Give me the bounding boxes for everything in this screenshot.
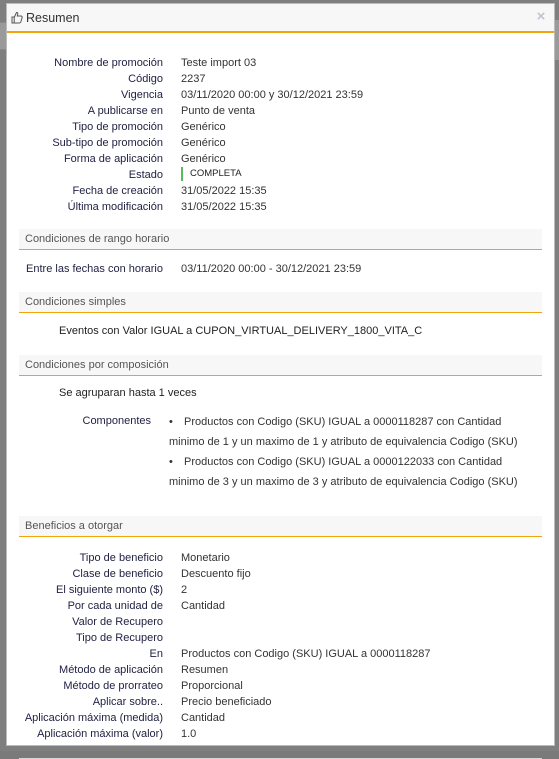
benefit-label: Tipo de beneficio: [19, 550, 181, 566]
summary-label: Forma de aplicación: [19, 151, 181, 167]
time-range-label: Entre las fechas con horario: [19, 263, 181, 292]
benefit-row: Tipo de Recupero: [19, 630, 542, 646]
status-indicator-bar: [181, 167, 183, 181]
benefit-value: 2: [181, 582, 187, 598]
summary-row: Forma de aplicaciónGenérico: [19, 151, 542, 167]
summary-value: 31/05/2022 15:35: [181, 183, 267, 199]
time-range-row: Entre las fechas con horario 03/11/2020 …: [19, 250, 542, 292]
component-item: •Productos con Codigo (SKU) IGUAL a 0000…: [169, 412, 529, 452]
summary-list: Nombre de promociónTeste import 03Código…: [19, 33, 542, 215]
summary-value: Genérico: [181, 119, 226, 135]
benefit-row: Tipo de beneficioMonetario: [19, 550, 542, 566]
benefit-label: Aplicar sobre..: [19, 694, 181, 710]
component-text: Productos con Codigo (SKU) IGUAL a 00001…: [169, 456, 518, 488]
summary-value: 31/05/2022 15:35: [181, 199, 267, 215]
summary-row: Sub-tipo de promociónGenérico: [19, 135, 542, 151]
benefit-value: Cantidad: [181, 598, 225, 614]
summary-label: Vigencia: [19, 87, 181, 103]
benefit-label: Aplicación máxima (medida): [19, 710, 181, 726]
summary-row: Tipo de promociónGenérico: [19, 119, 542, 135]
summary-value: 2237: [181, 71, 205, 87]
section-header-composition: Condiciones por composición: [19, 355, 542, 376]
time-range-value: 03/11/2020 00:00 - 30/12/2021 23:59: [181, 263, 361, 292]
summary-row: Última modificación31/05/2022 15:35: [19, 199, 542, 215]
bullet-icon: •: [169, 412, 184, 432]
benefit-row: Método de aplicaciónResumen: [19, 662, 542, 678]
status-badge: COMPLETA: [181, 167, 242, 183]
summary-label: Código: [19, 71, 181, 87]
summary-row: Vigencia03/11/2020 00:00 y 30/12/2021 23…: [19, 87, 542, 103]
modal-body: Nombre de promociónTeste import 03Código…: [7, 33, 554, 751]
component-item: •Productos con Codigo (SKU) IGUAL a 0000…: [169, 452, 529, 492]
summary-value: 03/11/2020 00:00 y 30/12/2021 23:59: [181, 87, 363, 103]
benefit-row: Método de prorrateoProporcional: [19, 678, 542, 694]
summary-row: Nombre de promociónTeste import 03: [19, 55, 542, 71]
benefit-value: Cantidad: [181, 710, 225, 726]
summary-row: Código2237: [19, 71, 542, 87]
benefit-value: Resumen: [181, 662, 228, 678]
benefit-row: Aplicación máxima (valor)1.0: [19, 726, 542, 742]
benefit-label: Valor de Recupero: [19, 614, 181, 630]
summary-label: Última modificación: [19, 199, 181, 215]
background-page-fragment-right: [555, 20, 559, 60]
benefit-value: 1.0: [181, 726, 196, 742]
benefit-row: Clase de beneficioDescuento fijo: [19, 566, 542, 582]
summary-modal: Resumen × Nombre de promociónTeste impor…: [6, 3, 555, 746]
benefit-value: Precio beneficiado: [181, 694, 272, 710]
benefit-row: Aplicar sobre..Precio beneficiado: [19, 694, 542, 710]
summary-value: Genérico: [181, 135, 226, 151]
summary-row: EstadoCOMPLETA: [19, 167, 542, 183]
group-text: Se agruparan hasta 1 veces: [19, 376, 542, 412]
benefit-row: El siguiente monto ($)2: [19, 582, 542, 598]
benefit-label: Método de prorrateo: [19, 678, 181, 694]
benefit-label: Por cada unidad de: [19, 598, 181, 614]
components-list: •Productos con Codigo (SKU) IGUAL a 0000…: [169, 412, 529, 516]
modal-header: Resumen ×: [7, 4, 554, 33]
status-text: COMPLETA: [190, 166, 242, 182]
benefit-row: EnProductos con Codigo (SKU) IGUAL a 000…: [19, 646, 542, 662]
components-row: Componentes •Productos con Codigo (SKU) …: [19, 412, 542, 516]
bullet-icon: •: [169, 452, 184, 472]
benefit-label: Aplicación máxima (valor): [19, 726, 181, 742]
section-header-benefits: Beneficios a otorgar: [19, 516, 542, 537]
benefits-list: Tipo de beneficioMonetarioClase de benef…: [19, 537, 542, 742]
benefit-value: Proporcional: [181, 678, 243, 694]
thumbs-up-icon: [11, 11, 23, 24]
benefit-row: Aplicación máxima (medida)Cantidad: [19, 710, 542, 726]
modal-title: Resumen: [26, 11, 80, 25]
benefit-row: Valor de Recupero: [19, 614, 542, 630]
benefit-label: Tipo de Recupero: [19, 630, 181, 646]
summary-label: Nombre de promoción: [19, 55, 181, 71]
components-label: Componentes: [19, 412, 169, 516]
summary-row: Fecha de creación31/05/2022 15:35: [19, 183, 542, 199]
summary-label: Estado: [19, 167, 181, 183]
benefit-label: Método de aplicación: [19, 662, 181, 678]
summary-label: Sub-tipo de promoción: [19, 135, 181, 151]
benefit-value: Monetario: [181, 550, 230, 566]
summary-value: Genérico: [181, 151, 226, 167]
close-icon[interactable]: ×: [534, 10, 548, 24]
benefit-row: Por cada unidad deCantidad: [19, 598, 542, 614]
benefit-label: El siguiente monto ($): [19, 582, 181, 598]
benefit-value: Productos con Codigo (SKU) IGUAL a 00001…: [181, 646, 430, 662]
summary-label: Fecha de creación: [19, 183, 181, 199]
summary-label: Tipo de promoción: [19, 119, 181, 135]
summary-value: Teste import 03: [181, 55, 256, 71]
benefit-value: Descuento fijo: [181, 566, 251, 582]
component-text: Productos con Codigo (SKU) IGUAL a 00001…: [169, 416, 518, 448]
summary-row: A publicarse enPunto de venta: [19, 103, 542, 119]
benefit-label: Clase de beneficio: [19, 566, 181, 582]
simple-condition-text: Eventos con Valor IGUAL a CUPON_VIRTUAL_…: [19, 313, 542, 355]
summary-value: Punto de venta: [181, 103, 255, 119]
benefit-label: En: [19, 646, 181, 662]
summary-label: A publicarse en: [19, 103, 181, 119]
section-header-simple: Condiciones simples: [19, 292, 542, 313]
section-header-time-range: Condiciones de rango horario: [19, 229, 542, 250]
